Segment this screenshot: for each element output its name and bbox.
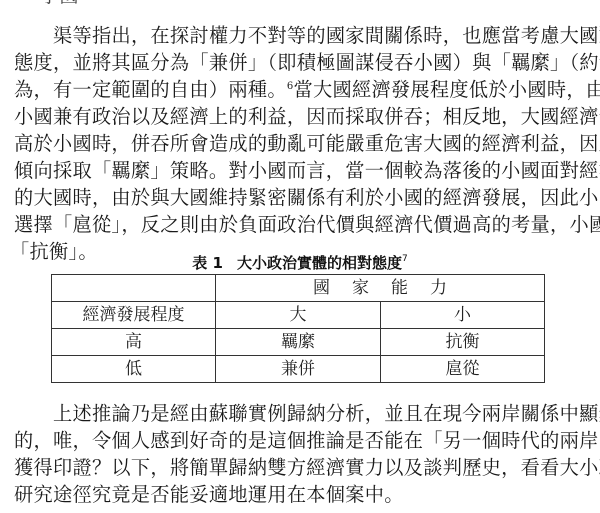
- cutoff-previous-line: 小國: [40, 0, 79, 6]
- paragraph-line: 態度，並將其區分為「兼併」（即積極圖謀侵吞小國）與「羈縻」（約制小國行: [14, 49, 586, 76]
- table-corner-cell: [52, 275, 216, 302]
- table-group-header: 國家能力: [216, 275, 545, 302]
- table-cell: 羈縻: [216, 329, 381, 356]
- paragraph-line: 上述推論乃是經由蘇聯實例歸納分析，並且在現今兩岸關係中顯然印證: [53, 400, 600, 427]
- paragraph-line: 選擇「扈從」，反之則由於負面政治代價與經濟代價過高的考量，小國將選擇: [14, 211, 586, 238]
- table-subheader-row: 經濟發展程度 大 小: [52, 302, 545, 329]
- paragraph-line: 渠等指出，在探討權力不對等的國家間關係時，也應當考慮大國對小國的: [53, 22, 600, 49]
- table-row: 高 羈縻 抗衡: [52, 329, 545, 356]
- table-caption: 表 1大小政治實體的相對態度7: [0, 253, 600, 273]
- table-cell: 抗衡: [381, 329, 545, 356]
- paragraph-line: 的，唯，令個人感到好奇的是這個推論是否能在「另一個時代的兩岸關係」上: [14, 427, 586, 454]
- column-header: 小: [381, 302, 545, 329]
- paragraph-line: 研究途徑究竟是否能妥適地運用在本個案中。: [14, 481, 586, 508]
- attitude-table: 國家能力 經濟發展程度 大 小 高 羈縻 抗衡 低 兼併 扈從: [51, 274, 545, 383]
- table-title: 大小政治實體的相對態度: [237, 254, 402, 272]
- column-header: 大: [216, 302, 381, 329]
- row-label: 低: [52, 356, 216, 383]
- footnote-ref[interactable]: 7: [402, 254, 408, 264]
- document-page: 小國 渠等指出，在探討權力不對等的國家間關係時，也應當考慮大國對小國的 態度，並…: [0, 0, 600, 513]
- footnote-ref[interactable]: 6: [287, 81, 294, 92]
- table-row: 低 兼併 扈從: [52, 356, 545, 383]
- row-label: 高: [52, 329, 216, 356]
- table-header-row: 國家能力: [52, 275, 545, 302]
- paragraph-line: 小國兼有政治以及經濟上的利益，因而採取併吞；相反地，大國經濟發展程度: [14, 103, 586, 130]
- table-cell: 兼併: [216, 356, 381, 383]
- paragraph-line: 獲得印證？以下，將簡單歸納雙方經濟實力以及談判歷史，看看大小政治實體: [14, 454, 586, 481]
- paragraph-line: 傾向採取「羈縻」策略。對小國而言，當一個較為落後的小國面對經濟力強大: [14, 157, 586, 184]
- paragraph-line: 高於小國時，併吞所會造成的動亂可能嚴重危害大國的經濟利益，因此大國將: [14, 130, 586, 157]
- line-text: 當大國經濟發展程度低於小國時，由於併吞: [294, 78, 600, 101]
- row-header-label: 經濟發展程度: [52, 302, 216, 329]
- paragraph-line: 為，有一定範圍的自由）兩種。6當大國經濟發展程度低於小國時，由於併吞: [14, 76, 586, 103]
- line-text: 為，有一定範圍的自由）兩種。: [14, 78, 287, 101]
- paragraph-line: 的大國時，由於與大國維持緊密關係有利於小國的經濟發展，因此小國將傾向: [14, 184, 586, 211]
- table-cell: 扈從: [381, 356, 545, 383]
- table-number: 表 1: [192, 254, 223, 272]
